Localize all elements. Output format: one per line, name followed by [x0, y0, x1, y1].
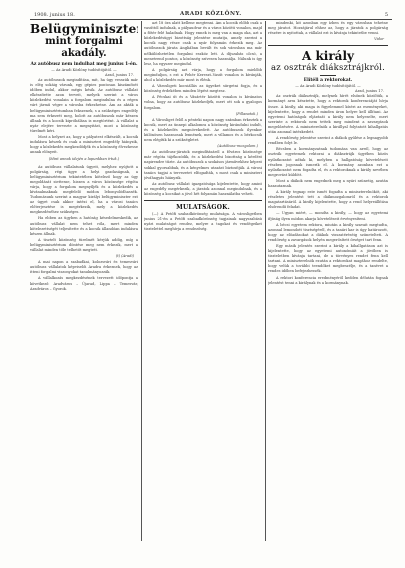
paragraph: A Pécskai út és a Vásártér közötti vonal… — [144, 95, 262, 110]
paragraph: Ha ebben az ügyben a hatóság késedelmesk… — [30, 216, 138, 236]
paragraph: A Városliget felől a pénteki napon nagy … — [144, 118, 262, 143]
signature: (Pillanatok.) — [144, 112, 258, 117]
page-header: 1908. junius 18. ARADI KÖZLÖNY. 5 — [30, 9, 390, 19]
column-2: azt 18 óra alatt kellene megtenni. Ám a … — [144, 21, 262, 536]
article-divider — [268, 45, 388, 46]
paragraph: A tisztelt közönség türelmét kérjük addi… — [30, 238, 138, 253]
paragraph: Az autóbuszok megindítása, mit, ha úgy v… — [30, 78, 138, 134]
paragraph: A bécsi egyetem rektora, miután a király… — [268, 223, 388, 243]
paragraph: Az osztrák diáksztrájk, melynek hírét el… — [268, 94, 388, 135]
paragraph: Most a helyzet az, hogy a pályatest elké… — [30, 135, 138, 155]
article-headline: Belügyminiszter — [30, 22, 138, 36]
paragraph: Egy másik jelentés szerint a király a ki… — [268, 244, 388, 275]
paragraph: A rektori konferencia eredményéről kedde… — [268, 276, 388, 286]
article-headline-line2: mint forgalmi akadály. — [30, 36, 138, 60]
column-1: Belügyminiszter mint forgalmi akadály. A… — [30, 21, 138, 541]
masthead: ARADI KÖZLÖNY. — [180, 11, 242, 17]
paragraph: A rendőrség jelentése szerint a diákok g… — [268, 136, 388, 146]
issue-date: 1908. junius 18. — [34, 12, 75, 18]
short-rule — [320, 75, 336, 76]
header-rule — [30, 19, 392, 20]
paragraph: Most a diákok nem engednek meg a nyári s… — [268, 179, 388, 189]
paragraph: A Városligeti kocsiállás az ügyeket sürg… — [144, 84, 262, 94]
column-divider — [141, 21, 142, 541]
section-note: (Mint annak idején a lapunkban írtuk.) — [30, 157, 138, 162]
section-divider — [144, 200, 262, 201]
article-headline: A király — [268, 49, 388, 63]
newspaper-page: 1908. junius 18. ARADI KÖZLÖNY. 5 Belügy… — [0, 0, 405, 568]
page-number: 5 — [385, 12, 388, 18]
article-headline-line2: az osztrák diáksztrájkról. — [268, 63, 388, 73]
paragraph: azt 18 óra alatt kellene megtenni. Ám a … — [144, 21, 262, 67]
paragraph: A mai napon a szabadkai, kolozsvári és t… — [30, 260, 138, 275]
column-divider — [265, 21, 266, 541]
paragraph: Bécsben a kormányzatnak tudomása van arr… — [268, 147, 388, 178]
section-title: MULATSÁGOK. — [144, 204, 262, 212]
paragraph: Az autóbusz vállalat igazgatósága kijele… — [144, 182, 262, 197]
paragraph: A vállalkozás megkezdésének tervezett id… — [30, 276, 138, 291]
signature: (t) (Aradi) — [30, 254, 134, 259]
signature: Vidor — [268, 37, 384, 42]
paragraph: A király tegnap este ismét fogadta a min… — [268, 190, 388, 210]
column-3: mindenki, kit azonban egy ízben és egy v… — [268, 21, 388, 521]
paragraph: A polgárság azt várja, hogy a forgalom m… — [144, 68, 262, 83]
paragraph: — Ugyan miért, — mondta a király, — hogy… — [268, 211, 388, 221]
paragraph: mindenki, kit azonban egy ízben és egy v… — [268, 21, 388, 36]
paragraph: (—) A Petőfi szabadkörönség mulatsága. A… — [144, 212, 262, 232]
signature: (Autóbusz-mozgalom.) — [144, 144, 258, 149]
paragraph: Az autóbusz vállalatunk ügyeit, melyhez … — [30, 165, 138, 216]
paragraph: Az autóbusz-járatok megindításáról a főv… — [144, 150, 262, 181]
